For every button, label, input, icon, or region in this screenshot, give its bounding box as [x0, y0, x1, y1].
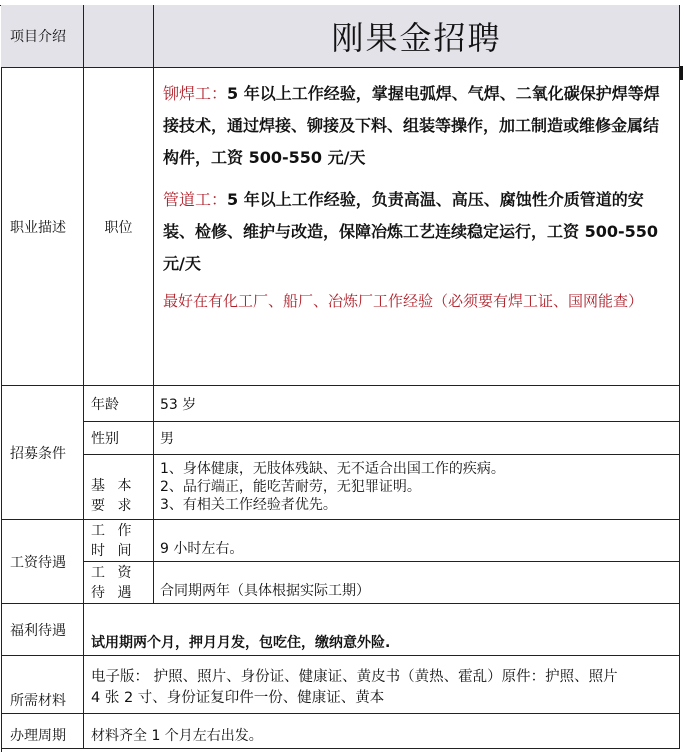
- position-detail: 5 年以上工作经验，掌握电弧焊、气焊、二氧化碳保护焊等焊接技术，通过焊接、铆接及…: [163, 84, 660, 167]
- recruitment-label-cell: 招募条件: [1, 386, 84, 520]
- age-label-cell: 年龄: [84, 386, 154, 422]
- gender-label-cell: 性别: [84, 422, 154, 455]
- materials-line: 电子版： 护照、照片、身份证、健康证、黄皮书（黄热、霍乱）原件：护照、照片: [91, 667, 618, 688]
- header-label: 项目介绍: [10, 26, 66, 46]
- age-value: 53 岁: [160, 394, 196, 414]
- gender-value-cell: 男: [154, 422, 680, 455]
- position-description-cell: 铆焊工：5 年以上工作经验，掌握电弧焊、气焊、二氧化碳保护焊等焊接技术，通过焊接…: [154, 68, 680, 386]
- salary-label: 工资待遇: [10, 552, 66, 572]
- contract-value-cell: 合同期两年（具体根据实际工期）: [154, 562, 680, 604]
- contract-label: 工 资 待 遇: [91, 563, 153, 603]
- basic-requirements-label: 基 本 要 求: [91, 476, 153, 516]
- job-description-label: 职业描述: [10, 217, 66, 237]
- position-name: 管道工：: [163, 190, 227, 209]
- recruitment-label: 招募条件: [10, 443, 66, 463]
- processing-value-cell: 材料齐全 1 个月左右出发。: [84, 714, 680, 749]
- benefits-value-cell: 试用期两个月，押月月发，包吃住，缴纳意外险.: [84, 604, 680, 656]
- position-label-cell: 职位: [84, 68, 154, 386]
- processing-label-cell: 办理周期: [1, 714, 84, 749]
- position-label: 职位: [105, 217, 133, 237]
- basic-requirements-cell: 1、身体健康，无肢体残缺、无不适合出国工作的疾病。 2、品行端正，能吃苦耐劳，无…: [154, 455, 680, 520]
- recruitment-table: 项目介绍 刚果金招聘 职业描述 职位 铆焊工：5 年以上工作经验，掌握电弧焊、气…: [0, 0, 684, 752]
- materials-value-cell: 电子版： 护照、照片、身份证、健康证、黄皮书（黄热、霍乱）原件：护照、照片 4 …: [84, 656, 680, 714]
- header-label-cell: 项目介绍: [1, 5, 84, 68]
- gender-label: 性别: [91, 428, 119, 448]
- position-name: 铆焊工：: [163, 84, 227, 103]
- age-label: 年龄: [91, 394, 119, 414]
- experience-note: 最好在有化工厂、船厂、冶炼厂工作经验（必须要有焊工证、国网能查）: [163, 290, 643, 312]
- work-hours-label: 工 作 时 间: [91, 521, 153, 561]
- contract-value: 合同期两年（具体根据实际工期）: [160, 580, 370, 600]
- header-empty-cell: [84, 5, 154, 68]
- materials-line: 4 张 2 寸、身份证复印件一份、健康证、黄本: [91, 688, 384, 709]
- page-title: 刚果金招聘: [331, 13, 501, 59]
- position-pipe-fitter: 管道工：5 年以上工作经验，负责高温、高压、腐蚀性介质管道的安装、检修、维护与改…: [163, 184, 671, 280]
- benefits-label-cell: 福利待遇: [1, 604, 84, 656]
- materials-label: 所需材料: [10, 690, 66, 710]
- position-riveter-welder: 铆焊工：5 年以上工作经验，掌握电弧焊、气焊、二氧化碳保护焊等焊接技术，通过焊接…: [163, 78, 671, 174]
- requirement-item: 2、品行端正，能吃苦耐劳，无犯罪证明。: [160, 478, 421, 496]
- processing-label: 办理周期: [10, 725, 66, 745]
- work-hours-value: 9 小时左右。: [160, 538, 243, 558]
- processing-value: 材料齐全 1 个月左右出发。: [91, 725, 263, 745]
- salary-label-cell: 工资待遇: [1, 520, 84, 604]
- contract-label-cell: 工 资 待 遇: [84, 562, 154, 604]
- age-value-cell: 53 岁: [154, 386, 680, 422]
- page-title-cell: 刚果金招聘: [154, 5, 680, 68]
- basic-requirements-label-cell: 基 本 要 求: [84, 455, 154, 520]
- cursor-marker: [680, 66, 683, 80]
- gender-value: 男: [160, 428, 174, 448]
- job-description-label-cell: 职业描述: [1, 68, 84, 386]
- position-detail: 5 年以上工作经验，负责高温、高压、腐蚀性介质管道的安装、检修、维护与改造，保障…: [163, 190, 658, 273]
- requirement-item: 1、身体健康，无肢体残缺、无不适合出国工作的疾病。: [160, 460, 505, 478]
- work-hours-label-cell: 工 作 时 间: [84, 520, 154, 562]
- materials-label-cell: 所需材料: [1, 656, 84, 714]
- benefits-label: 福利待遇: [10, 620, 66, 640]
- benefits-value: 试用期两个月，押月月发，包吃住，缴纳意外险.: [91, 632, 390, 652]
- work-hours-value-cell: 9 小时左右。: [154, 520, 680, 562]
- requirement-item: 3、有相关工作经验者优先。: [160, 496, 337, 514]
